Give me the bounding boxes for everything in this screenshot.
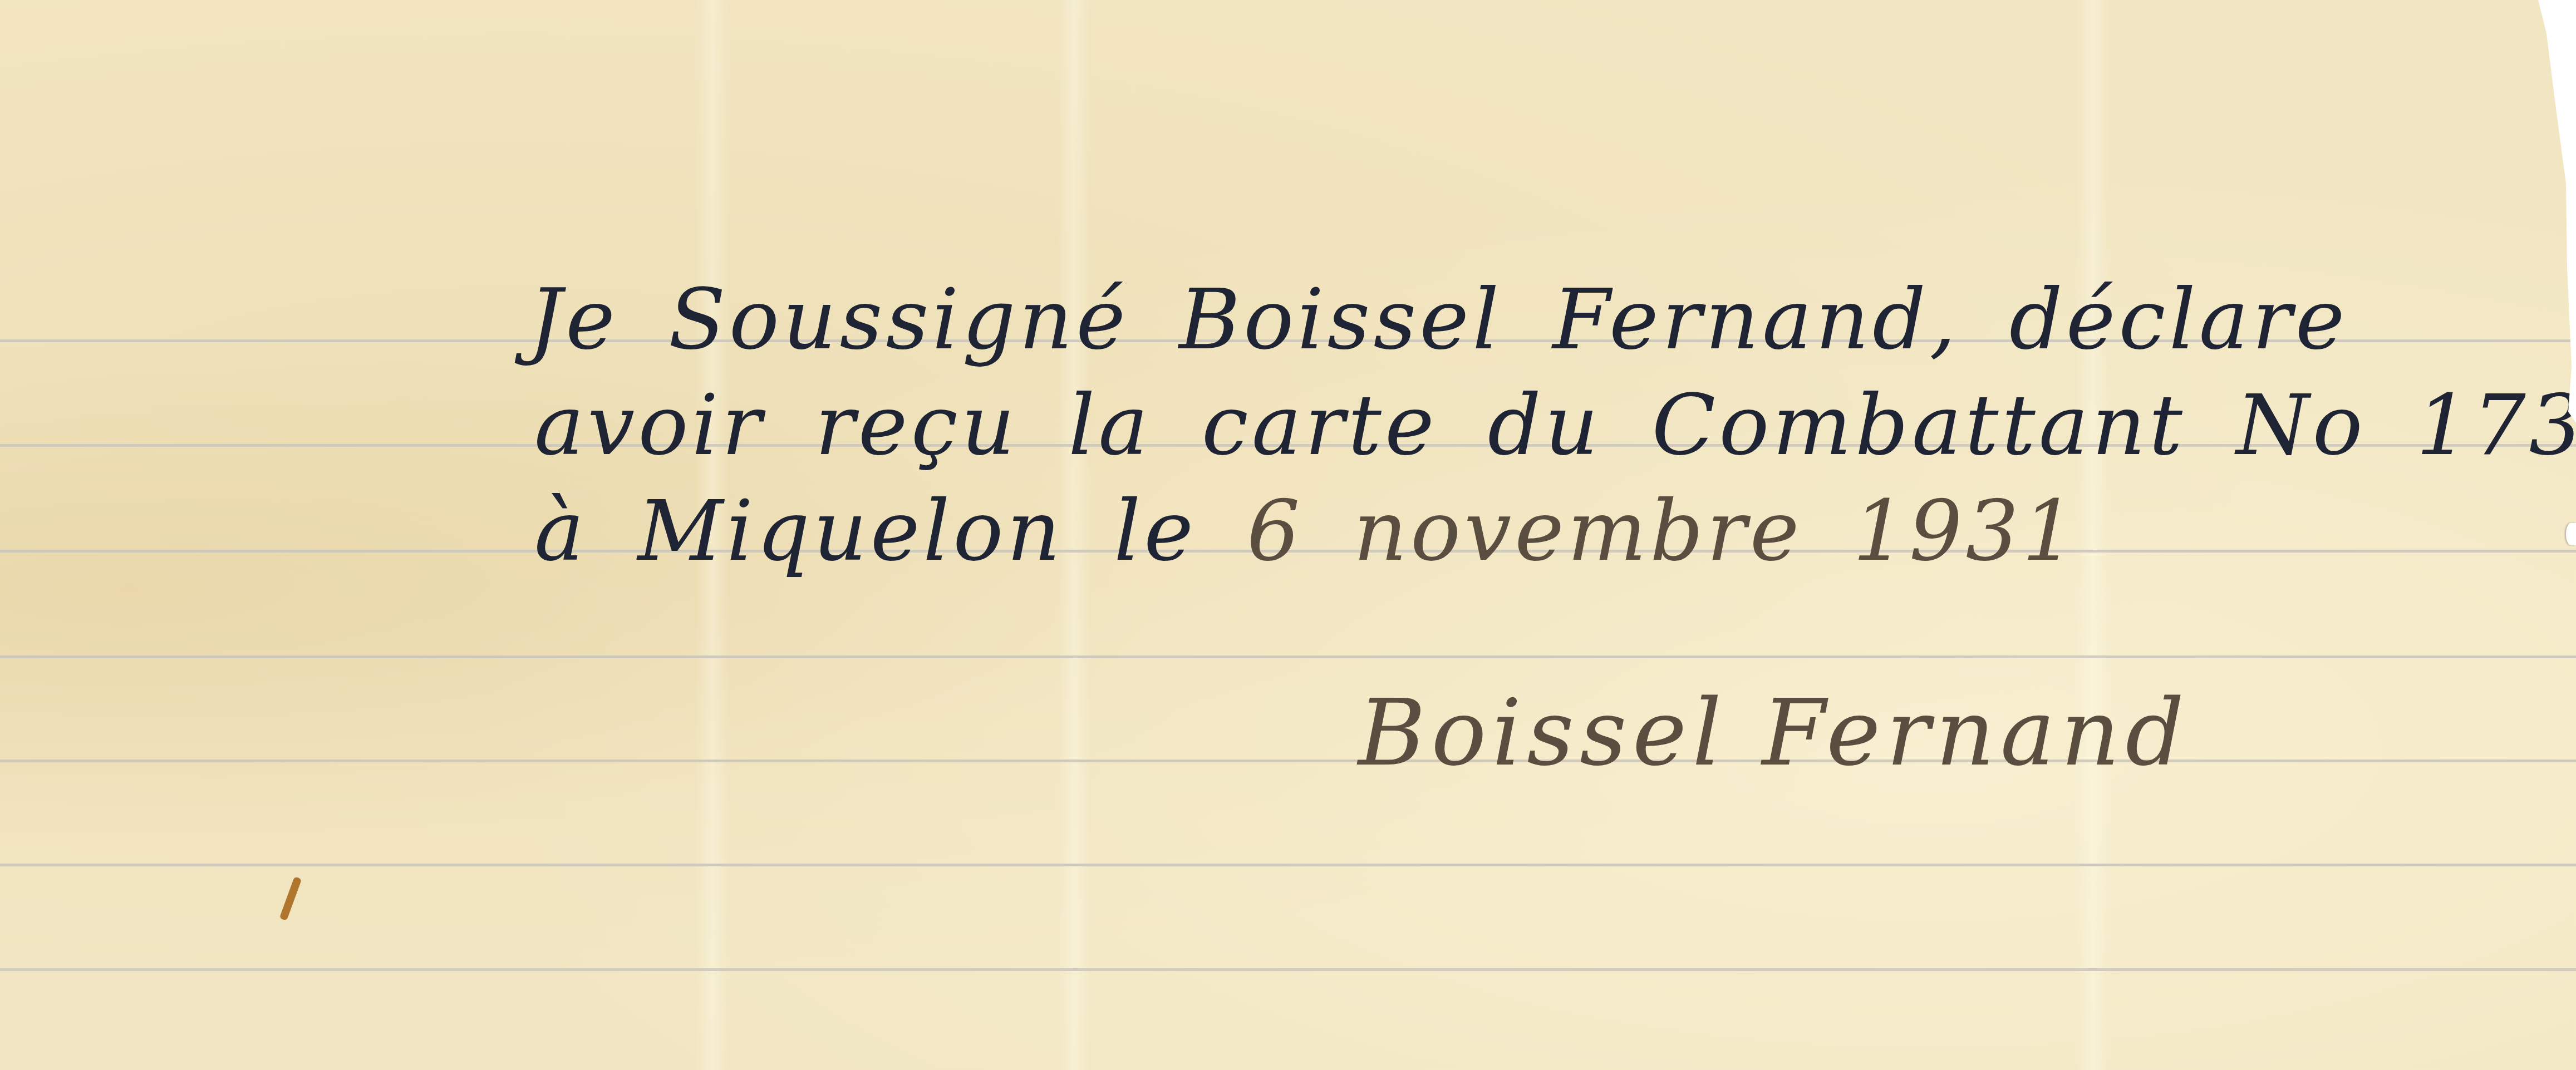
signature: Boissel Fernand xyxy=(1358,687,2190,779)
handwritten-word: à xyxy=(534,490,587,573)
ruled-line xyxy=(0,864,2576,866)
body-line-1: JeSoussignéBoisselFernand,déclare xyxy=(529,278,2398,362)
date-month: novembre xyxy=(1353,490,1802,573)
place-name: Miquelon xyxy=(637,490,1064,573)
handwritten-word: avoir xyxy=(534,384,765,467)
handwritten-word: Soussigné xyxy=(668,278,1129,362)
handwritten-word: reçu xyxy=(815,384,1018,467)
card-number: 173 xyxy=(2416,384,2576,467)
body-line-2: avoirreçulacarteduCombattantNo173 xyxy=(534,384,2576,467)
paper-sheet: JeSoussignéBoisselFernand,déclare avoirr… xyxy=(0,0,2576,1070)
rust-stain xyxy=(279,876,302,921)
ruled-line xyxy=(0,655,2576,658)
handwritten-word: Fernand, xyxy=(1552,278,1959,362)
date-day: 6 xyxy=(1247,490,1303,573)
handwritten-word: le xyxy=(1114,490,1197,573)
body-line-3: àMiquelonle6novembre1931 xyxy=(534,490,2128,573)
handwritten-word: No xyxy=(2236,384,2366,467)
handwritten-word: Boissel xyxy=(1179,278,1502,362)
handwritten-word: Combattant xyxy=(1652,384,2186,467)
handwritten-word: déclare xyxy=(2009,278,2348,362)
date-year: 1931 xyxy=(1853,490,2079,573)
handwritten-word: Je xyxy=(529,278,618,362)
ruled-line xyxy=(0,968,2576,971)
handwritten-word: du xyxy=(1488,384,1602,467)
torn-edge-notch xyxy=(2566,523,2576,545)
handwritten-word: carte xyxy=(1202,384,1438,467)
handwritten-word: la xyxy=(1068,384,1151,467)
